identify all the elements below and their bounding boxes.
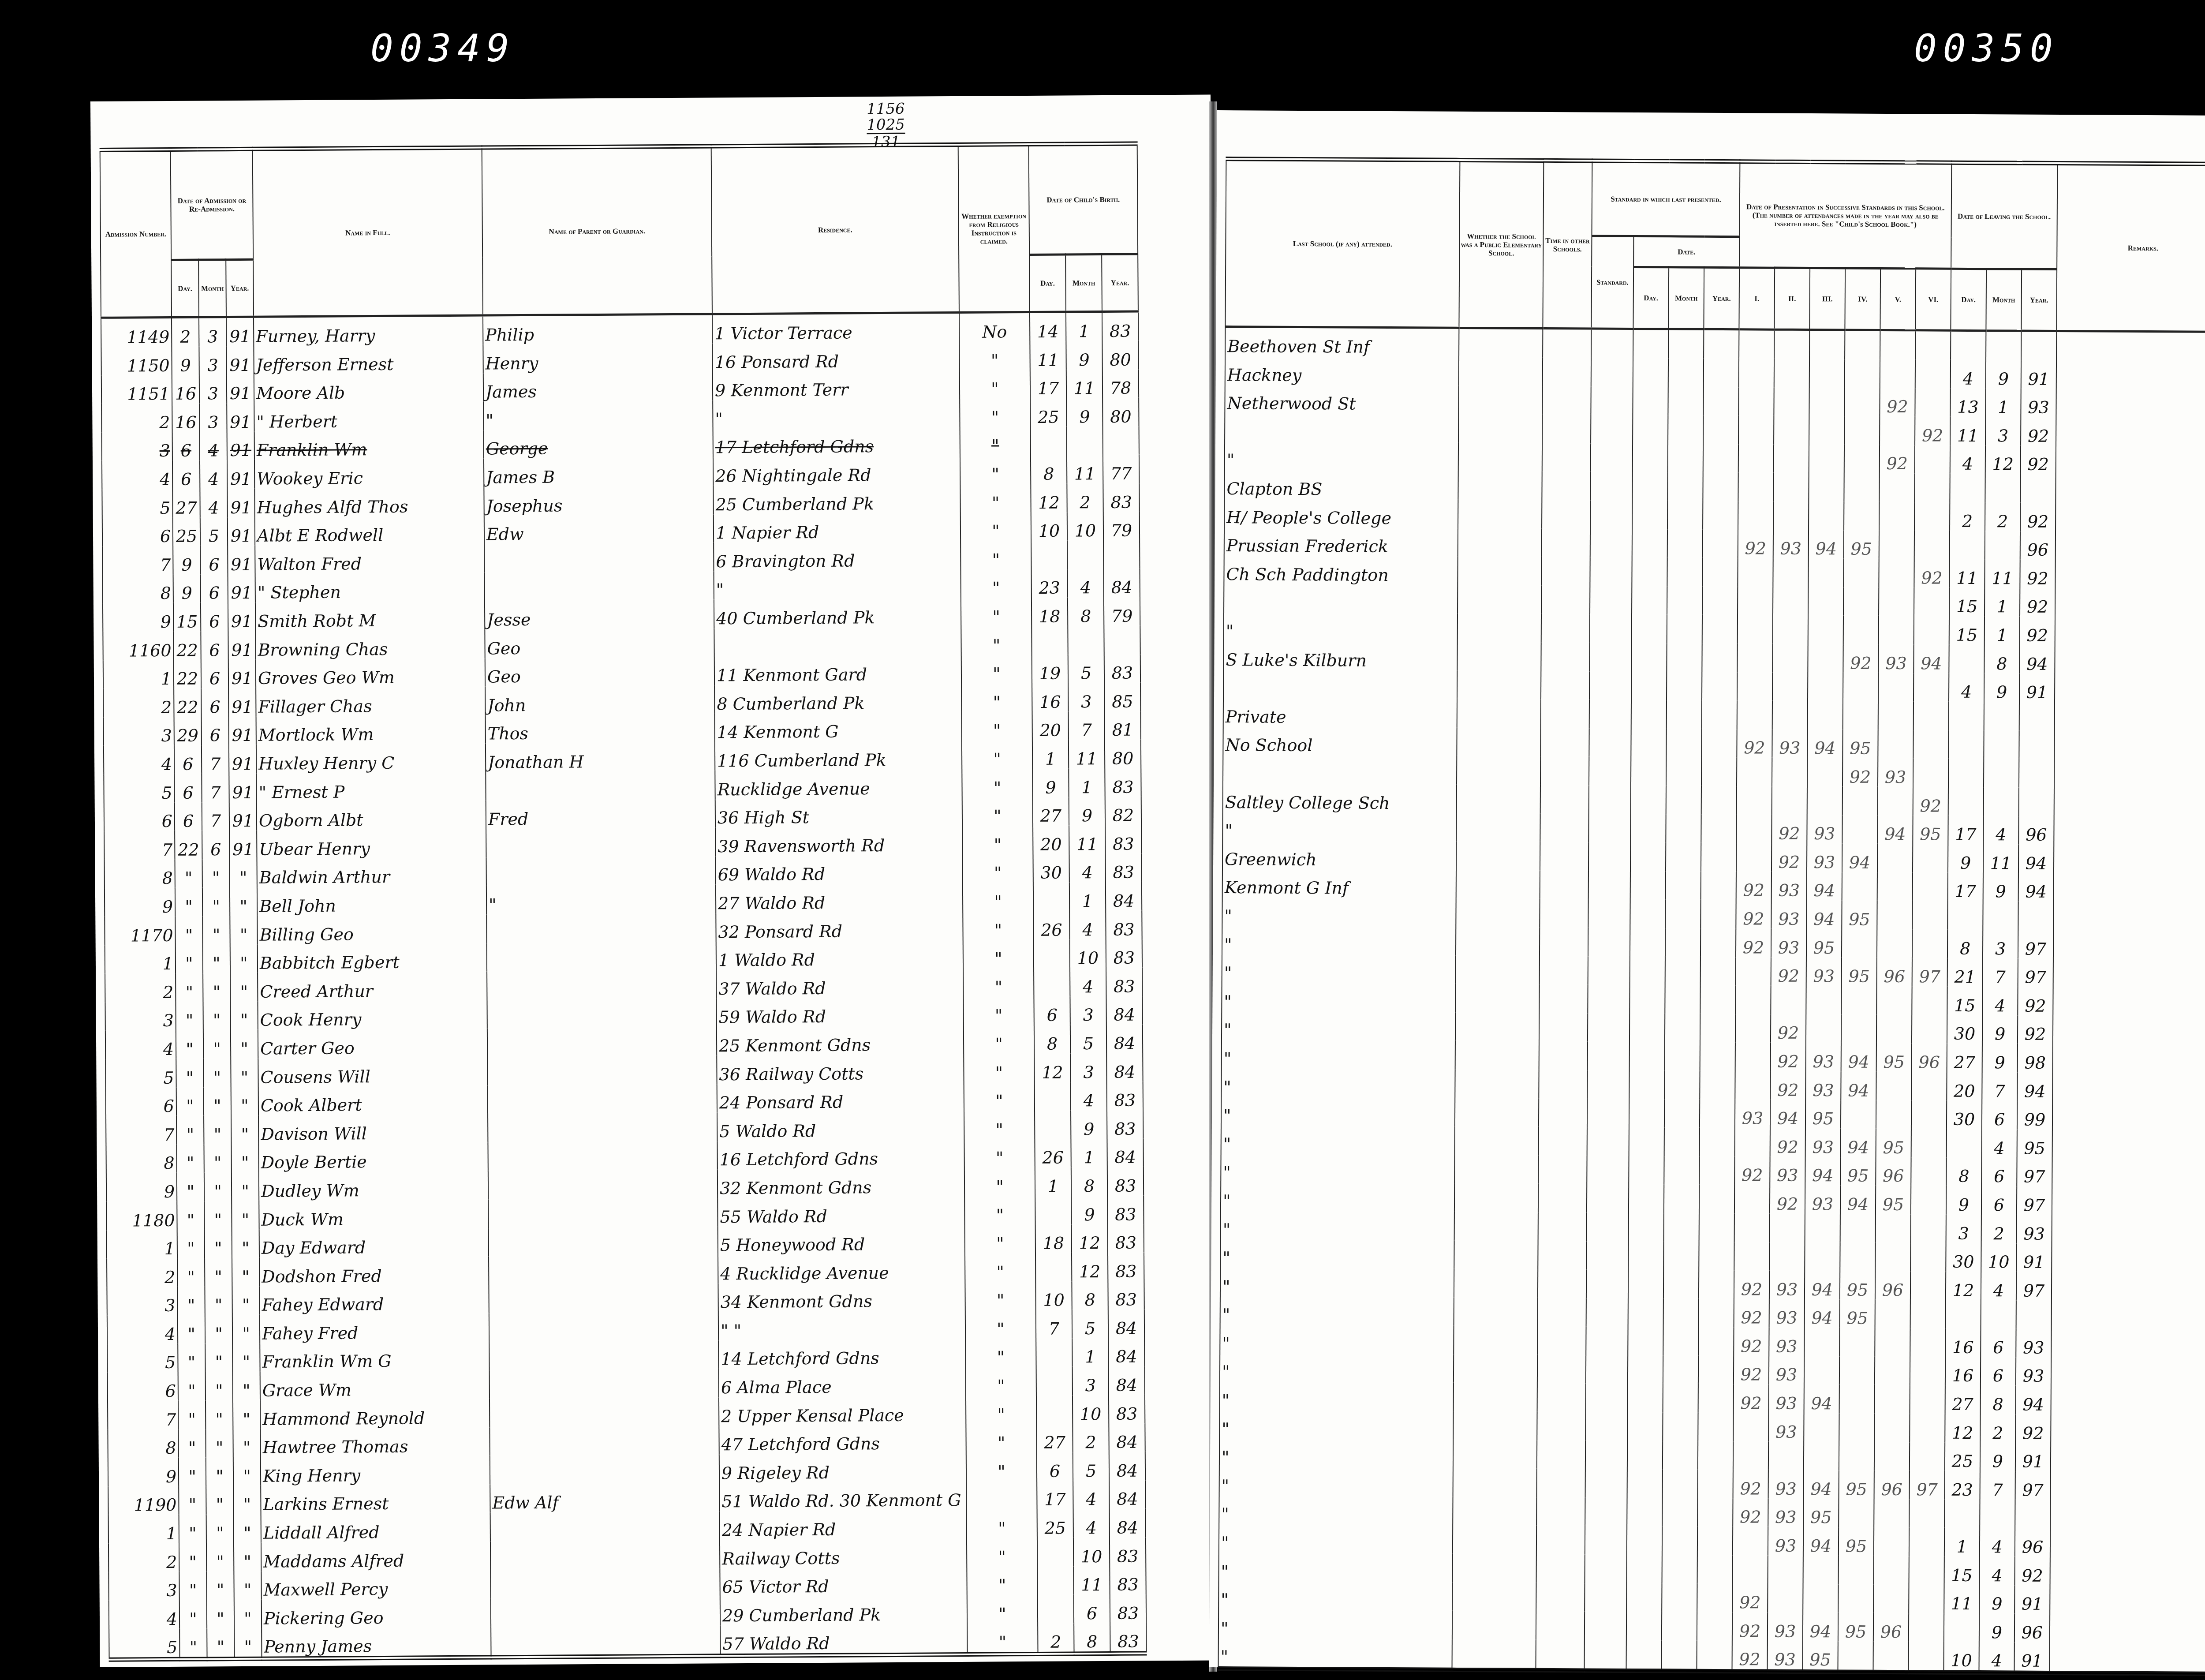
- presentation-std-6: 94: [1913, 644, 1949, 673]
- admission-month: ": [205, 1287, 232, 1315]
- presentation-std-6: [1912, 1015, 1947, 1044]
- presentation-std-1: [1739, 329, 1774, 359]
- time-other-schools: [1539, 1127, 1587, 1156]
- residence: 16 Letchford Gdns: [717, 1140, 964, 1170]
- standard-day: [1631, 757, 1666, 786]
- birth-month: 1: [1069, 768, 1105, 797]
- public-elementary: [1452, 1611, 1536, 1640]
- header-ad-year: Year.: [226, 259, 254, 317]
- leave-day: 11: [1944, 1585, 1979, 1613]
- time-other-schools: [1537, 1469, 1585, 1497]
- birth-month: 9: [1071, 1196, 1107, 1224]
- standard-year: [1701, 786, 1737, 815]
- admission-year: ": [230, 1001, 258, 1030]
- leave-day: 2: [1950, 502, 1985, 531]
- standard-day: [1632, 614, 1667, 643]
- birth-day: 10: [1035, 1281, 1072, 1310]
- presentation-std-4: 95: [1840, 1157, 1876, 1186]
- standard-day: [1632, 529, 1667, 558]
- public-elementary: [1459, 328, 1543, 358]
- presentation-std-1: [1737, 758, 1772, 786]
- time-other-schools: [1538, 1156, 1587, 1184]
- presentation-std-6: 95: [1913, 816, 1948, 844]
- parent-name: [487, 999, 716, 1029]
- standard-day: [1630, 842, 1666, 871]
- presentation-std-2: [1773, 473, 1809, 501]
- birth-month: 3: [1073, 1366, 1109, 1395]
- admission-day: 9: [172, 347, 199, 375]
- birth-year: 84: [1106, 1025, 1143, 1053]
- leave-day: 15: [1949, 588, 1984, 617]
- public-elementary: [1455, 1098, 1539, 1127]
- admission-day: ": [178, 1343, 205, 1372]
- admission-year: ": [231, 1030, 258, 1059]
- exemption: ": [967, 1567, 1037, 1596]
- table-row: "3293: [1221, 1211, 2205, 1245]
- presentation-std-4: [1839, 1413, 1874, 1442]
- parent-name: [487, 942, 716, 972]
- leave-day: [1950, 474, 1985, 502]
- admission-number: 2: [105, 973, 176, 1003]
- remarks: [2050, 1500, 2205, 1530]
- time-other-schools: [1543, 328, 1591, 358]
- exemption: ": [960, 370, 1030, 399]
- header-std-month: Month: [1668, 267, 1704, 329]
- last-school: ": [1218, 1638, 1452, 1670]
- time-other-schools: [1536, 1526, 1585, 1554]
- presentation-std-3: 94: [1807, 872, 1842, 901]
- admission-month: ": [205, 1230, 232, 1258]
- time-other-schools: [1536, 1611, 1585, 1640]
- admission-year: ": [230, 887, 257, 916]
- presentation-std-4: [1844, 473, 1879, 502]
- admission-table: Admission Number. Date of Admission or R…: [100, 141, 1147, 1662]
- standard-year: [1704, 329, 1739, 359]
- presentation-std-2: [1774, 329, 1809, 359]
- standard-last: [1591, 443, 1633, 472]
- admission-day: ": [176, 1030, 203, 1059]
- presentation-std-3: [1804, 1328, 1839, 1356]
- admission-day: 6: [174, 774, 202, 802]
- leave-month: 7: [1980, 1471, 2015, 1500]
- birth-month: 11: [1069, 825, 1105, 854]
- pupil-name: Fahey Edward: [259, 1285, 489, 1315]
- presentation-std-1: [1733, 1413, 1768, 1441]
- leave-year: [2020, 474, 2056, 503]
- standard-year: [1701, 757, 1737, 786]
- birth-year: 84: [1109, 1366, 1145, 1395]
- standard-day: [1629, 985, 1665, 1014]
- admission-day: 9: [173, 574, 201, 603]
- pupil-name: Liddall Alfred: [261, 1513, 490, 1543]
- presentation-std-4: [1841, 1014, 1876, 1043]
- presentation-std-1: 92: [1734, 1299, 1769, 1328]
- birth-year: 83: [1110, 1623, 1146, 1654]
- standard-year: [1697, 1612, 1732, 1641]
- birth-year: 83: [1106, 968, 1142, 996]
- leave-day: 12: [1945, 1414, 1980, 1443]
- presentation-std-1: [1734, 1213, 1770, 1242]
- remarks: [2052, 1243, 2205, 1273]
- presentation-std-4: 95: [1840, 1299, 1875, 1328]
- presentation-std-4: [1844, 502, 1879, 531]
- admission-number: 4: [102, 460, 172, 490]
- birth-month: 2: [1073, 1424, 1109, 1452]
- admission-year: ": [229, 859, 257, 888]
- presentation-std-4: [1839, 1499, 1874, 1527]
- admission-year: ": [233, 1400, 260, 1429]
- remarks: [2055, 617, 2205, 646]
- exemption: ": [965, 1339, 1036, 1368]
- standard-year: [1702, 672, 1737, 700]
- admission-number: 7: [104, 831, 175, 860]
- last-school: S Luke's Kilburn: [1223, 641, 1457, 670]
- standard-year: [1702, 700, 1737, 729]
- last-school: Kenmont G Inf: [1222, 869, 1456, 898]
- standard-month: [1663, 1242, 1699, 1270]
- admission-year: 91: [228, 517, 255, 546]
- standard-year: [1698, 1413, 1733, 1441]
- presentation-std-6: 92: [1913, 787, 1948, 816]
- presentation-std-5: 95: [1876, 1043, 1912, 1072]
- presentation-std-6: [1909, 1556, 1944, 1585]
- public-elementary: [1454, 1183, 1538, 1212]
- standard-day: [1632, 558, 1667, 586]
- time-other-schools: [1541, 614, 1590, 643]
- residence: 24 Napier Rd: [720, 1510, 967, 1540]
- leave-month: 8: [1981, 1386, 2016, 1414]
- presentation-std-3: 93: [1806, 958, 1842, 986]
- public-elementary: [1453, 1554, 1536, 1583]
- birth-month: 5: [1072, 1310, 1108, 1338]
- exemption: ": [963, 940, 1034, 969]
- pupil-name: Dudley Wm: [259, 1171, 488, 1201]
- presentation-std-6: [1913, 730, 1948, 759]
- residence: 11 Kenmont Gard: [714, 655, 961, 685]
- residence: 8 Cumberland Pk: [714, 684, 961, 714]
- public-elementary: [1455, 984, 1539, 1013]
- birth-day: [1035, 1111, 1071, 1139]
- leave-month: [1984, 787, 2019, 816]
- admission-day: 15: [173, 603, 201, 632]
- leave-month: 9: [1983, 873, 2018, 902]
- residence: 5 Waldo Rd: [717, 1111, 964, 1141]
- remarks: [2056, 417, 2205, 447]
- public-elementary: [1454, 1354, 1537, 1384]
- pupil-name: Albt E Rodwell: [255, 516, 484, 546]
- presentation-std-1: 92: [1734, 1327, 1769, 1356]
- table-row: "9241292: [1225, 442, 2205, 475]
- parent-name: [488, 1170, 718, 1200]
- presentation-std-4: [1845, 329, 1880, 359]
- header-time-other: Time in other Schools.: [1543, 161, 1592, 329]
- admission-day: ": [176, 1116, 204, 1145]
- time-other-schools: [1539, 1098, 1587, 1127]
- header-std-iv: IV.: [1845, 268, 1880, 329]
- public-elementary: [1453, 1411, 1537, 1441]
- presentation-std-2: [1770, 1214, 1805, 1242]
- birth-year: 77: [1103, 455, 1139, 483]
- birth-day: [1036, 1396, 1073, 1424]
- time-other-schools: [1537, 1326, 1586, 1355]
- admission-day: ": [176, 1002, 203, 1030]
- exemption: ": [966, 1396, 1036, 1425]
- standard-year: [1704, 359, 1739, 387]
- leave-day: 20: [1947, 1072, 1982, 1101]
- remarks: [2052, 1272, 2205, 1302]
- standard-last: [1589, 643, 1631, 671]
- table-row: "15192: [1224, 613, 2205, 647]
- birth-year: 83: [1107, 1167, 1144, 1196]
- time-other-schools: [1537, 1355, 1586, 1384]
- admission-day: 27: [172, 489, 200, 518]
- birth-month: 3: [1070, 996, 1106, 1025]
- residence: 37 Waldo Rd: [716, 969, 963, 999]
- public-elementary: [1458, 386, 1542, 415]
- presentation-std-5: 96: [1877, 958, 1912, 986]
- public-elementary: [1457, 728, 1540, 757]
- time-other-schools: [1541, 586, 1590, 614]
- admission-number: 5: [104, 774, 174, 803]
- birth-year: 84: [1107, 1138, 1143, 1167]
- leave-year: 92: [2021, 417, 2056, 446]
- standard-month: [1664, 1070, 1700, 1099]
- presentation-std-1: [1738, 444, 1774, 473]
- admission-number: 1190: [108, 1486, 179, 1515]
- exemption: ": [961, 683, 1032, 712]
- presentation-std-2: [1768, 1441, 1804, 1470]
- birth-month: 12: [1072, 1224, 1108, 1253]
- birth-year: [1104, 626, 1140, 655]
- leave-year: 97: [2018, 930, 2053, 959]
- admission-month: 4: [200, 460, 227, 489]
- parent-name: [486, 771, 715, 801]
- exemption: ": [965, 1310, 1036, 1339]
- presentation-std-3: 93: [1806, 1043, 1841, 1071]
- standard-last: [1587, 1070, 1629, 1099]
- birth-year: 84: [1109, 1480, 1145, 1509]
- presentation-std-4: [1842, 786, 1878, 815]
- public-elementary: [1456, 842, 1540, 871]
- header-leaving: Date of Leaving the School.: [1951, 163, 2057, 269]
- admission-month: ": [206, 1515, 234, 1543]
- pupil-name: Billing Geo: [257, 915, 486, 945]
- header-ad-month: Month: [198, 259, 226, 317]
- presentation-std-5: [1880, 416, 1915, 445]
- pupil-name: Pickering Geo: [262, 1598, 491, 1628]
- leave-day: 27: [1947, 1044, 1982, 1072]
- table-row: "929316693: [1220, 1325, 2205, 1358]
- leave-day: [1944, 1500, 1980, 1528]
- admission-number: 2: [103, 688, 174, 718]
- exemption: ": [959, 341, 1030, 370]
- leave-day: 15: [1944, 1557, 1980, 1585]
- presentation-std-2: [1774, 387, 1809, 416]
- admission-month: ": [204, 1201, 232, 1230]
- birth-month: 9: [1066, 341, 1102, 370]
- birth-month: 5: [1073, 1452, 1109, 1481]
- leave-month: 4: [1982, 987, 2018, 1015]
- standard-day: [1629, 1127, 1664, 1156]
- leave-month: 7: [1983, 958, 2018, 987]
- leave-month: 1: [1984, 617, 2020, 645]
- standard-year: [1699, 1242, 1734, 1270]
- time-other-schools: [1540, 842, 1588, 871]
- pupil-name: Groves Geo Wm: [256, 658, 485, 688]
- table-row: "929394959697: [1221, 1182, 2205, 1216]
- birth-year: 82: [1105, 797, 1141, 825]
- birth-month: 4: [1073, 1481, 1109, 1509]
- parent-name: [487, 1027, 717, 1057]
- presentation-std-6: [1909, 1613, 1944, 1642]
- time-other-schools: [1539, 984, 1588, 1013]
- last-school: ": [1220, 1325, 1454, 1354]
- presentation-std-4: [1843, 701, 1878, 730]
- header-date-admission: Date of Admission or Re-Admission.: [171, 149, 254, 260]
- standard-month: [1663, 1384, 1698, 1413]
- header-admission-number: Admission Number.: [100, 150, 172, 318]
- last-school: ": [1218, 1609, 1452, 1639]
- pupil-name: Huxley Henry C: [256, 744, 486, 774]
- presentation-std-5: [1879, 473, 1914, 502]
- standard-last: [1588, 956, 1630, 985]
- admission-year: 91: [229, 745, 256, 774]
- exemption: ": [963, 997, 1034, 1026]
- leave-year: [2016, 1300, 2052, 1329]
- presentation-std-4: 95: [1842, 901, 1877, 929]
- presentation-std-1: 92: [1734, 1156, 1770, 1185]
- leave-month: 9: [1984, 673, 2019, 702]
- residence: ": [714, 570, 961, 600]
- admission-month: ": [204, 1144, 231, 1173]
- parent-name: ": [483, 400, 713, 430]
- presentation-std-5: [1875, 1300, 1910, 1328]
- leave-day: 23: [1945, 1471, 1980, 1500]
- remarks: [2052, 1215, 2205, 1245]
- presentation-std-2: [1773, 587, 1808, 615]
- residence: 1 Napier Rd: [714, 513, 960, 543]
- birth-month: 10: [1073, 1538, 1110, 1566]
- pupil-name: Franklin Wm: [254, 430, 484, 460]
- presentation-std-3: 95: [1803, 1499, 1839, 1527]
- birth-day: [1034, 939, 1070, 968]
- presentation-std-5: [1879, 559, 1914, 587]
- public-elementary: [1454, 1155, 1538, 1184]
- standard-month: [1663, 1327, 1698, 1356]
- birth-day: [1038, 1595, 1074, 1624]
- exemption: ": [964, 1196, 1035, 1225]
- standard-year: [1700, 900, 1736, 928]
- parent-name: [488, 1198, 718, 1228]
- birth-month: 5: [1068, 655, 1104, 683]
- presentation-std-4: [1840, 1214, 1876, 1242]
- admission-year: ": [234, 1514, 261, 1543]
- pupil-name: Larkins Ernest: [261, 1484, 490, 1514]
- presentation-std-2: 92: [1771, 843, 1807, 872]
- standard-year: [1697, 1527, 1733, 1555]
- standard-day: [1631, 643, 1667, 672]
- admission-month: ": [203, 1059, 231, 1087]
- standard-last: [1590, 614, 1632, 643]
- admission-year: 91: [228, 659, 256, 688]
- pupil-name: Ubear Henry: [257, 829, 486, 859]
- leave-month: [1980, 1500, 2015, 1528]
- admission-day: ": [177, 1287, 205, 1315]
- standard-year: [1700, 957, 1736, 985]
- pupil-name: Furney, Harry: [254, 315, 483, 346]
- presentation-std-1: [1733, 1527, 1768, 1556]
- table-row: "92939495495: [1221, 1125, 2205, 1159]
- presentation-std-6: 96: [1912, 1044, 1947, 1072]
- admission-day: ": [176, 1087, 204, 1116]
- standard-year: [1697, 1555, 1733, 1584]
- pupil-name: Bell John: [257, 886, 486, 916]
- standard-day: [1629, 1213, 1664, 1242]
- birth-year: 83: [1110, 1537, 1146, 1566]
- presentation-std-1: [1734, 1185, 1770, 1213]
- admission-year: 91: [229, 774, 256, 802]
- public-elementary: [1455, 1013, 1539, 1042]
- birth-day: 12: [1034, 1053, 1070, 1082]
- admission-number: 4: [109, 1600, 179, 1629]
- admission-number: 5: [109, 1629, 179, 1660]
- leave-day: [1944, 1613, 1979, 1642]
- residence: 24 Ponsard Rd: [717, 1082, 964, 1112]
- presentation-std-6: [1909, 1528, 1944, 1557]
- presentation-std-4: 95: [1839, 1470, 1874, 1499]
- standard-last: [1589, 785, 1631, 814]
- admission-month: 6: [201, 688, 228, 717]
- last-school: ": [1222, 926, 1456, 955]
- presentation-std-3: [1808, 644, 1843, 673]
- standard-last: [1585, 1612, 1626, 1640]
- presentation-std-5: [1879, 502, 1914, 531]
- table-row: "92939495: [1220, 1296, 2205, 1330]
- leave-month: 4: [1980, 1528, 2015, 1557]
- presentation-std-3: 95: [1802, 1641, 1838, 1672]
- standard-last: [1585, 1583, 1626, 1612]
- presentation-std-5: 93: [1878, 644, 1913, 673]
- presentation-std-1: 92: [1737, 729, 1772, 758]
- admission-number: 9: [103, 603, 173, 632]
- birth-month: 9: [1071, 1110, 1107, 1139]
- leave-day: 17: [1948, 816, 1983, 844]
- admission-month: ": [206, 1543, 234, 1571]
- time-other-schools: [1540, 785, 1589, 814]
- residence: 14 Kenmont G: [715, 712, 962, 742]
- admission-month: 7: [202, 745, 229, 774]
- birth-day: 11: [1030, 341, 1066, 370]
- presentation-std-1: [1733, 1555, 1768, 1584]
- table-row: No School92939495: [1223, 726, 2205, 760]
- admission-day: ": [175, 888, 202, 917]
- leave-month: 9: [1986, 360, 2021, 389]
- remarks: [2052, 1186, 2205, 1216]
- admission-year: ": [232, 1201, 259, 1230]
- parent-name: [485, 571, 714, 601]
- presentation-std-5: 92: [1880, 388, 1915, 417]
- birth-month: [1067, 540, 1103, 569]
- presentation-std-6: [1911, 1100, 1947, 1129]
- admission-number: 8: [103, 575, 173, 604]
- residence: 2 Upper Kensal Place: [719, 1396, 966, 1426]
- parent-name: [490, 1568, 720, 1598]
- leave-month: 9: [1982, 1015, 2018, 1044]
- presentation-std-3: [1808, 673, 1843, 701]
- admission-number: 2: [108, 1543, 179, 1572]
- remarks: [2056, 331, 2205, 361]
- exemption: ": [966, 1452, 1037, 1482]
